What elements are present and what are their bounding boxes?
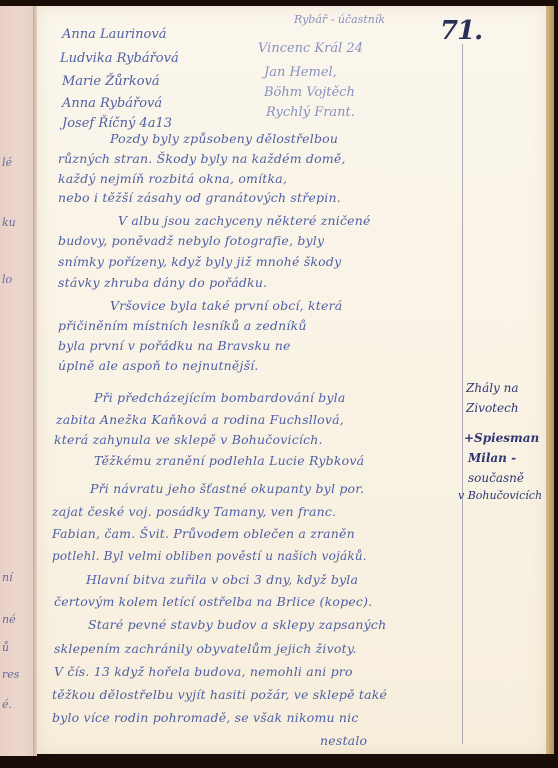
text-line: Hlavní bitva zuřila v obci 3 dny, když b…: [86, 574, 358, 587]
text-line: každý nejmíň rozbitá okna, omítka,: [58, 173, 287, 186]
signature: Anna Rybářová: [62, 97, 162, 110]
signature: Rychlý Frant.: [266, 106, 355, 119]
margin-note: Zhály na: [466, 382, 519, 394]
text-line: zabita Anežka Kaňková a rodina Fuchsllov…: [56, 414, 344, 427]
signature: Anna Laurinová: [62, 28, 166, 41]
facing-page-fragment: lé: [2, 156, 12, 169]
text-line: těžkou dělostřelbu vyjít hasiti požár, v…: [52, 689, 387, 702]
text-line: stávky zhruba dány do pořádku.: [58, 277, 267, 290]
text-line: Při předcházejícím bombardování byla: [94, 392, 346, 405]
text-line: byla první v pořádku na Bravsku ne: [58, 340, 291, 353]
margin-rule: [462, 44, 463, 744]
text-line: budovy, poněvadž nebylo fotografie, byly: [58, 235, 324, 248]
text-line: snímky pořízeny, když byly již mnohé ško…: [58, 256, 341, 269]
page-edge: [546, 6, 554, 754]
facing-page-fragment: ku: [2, 216, 16, 229]
text-line: Při návratu jeho šťastné okupanty byl po…: [90, 483, 364, 496]
text-line: čertovým kolem letící ostřelba na Brlice…: [54, 596, 372, 609]
text-line: přičiněním místních lesníků a zedníků: [58, 320, 307, 333]
text-line: která zahynula ve sklepě v Bohučovicích.: [54, 434, 323, 447]
text-line: potlehl. Byl velmi obliben pověstí u naš…: [52, 550, 367, 562]
text-line: bylo více rodin pohromadě, se však nikom…: [52, 712, 359, 725]
facing-page-edge: lé ku lo ní né ů res é.: [0, 6, 36, 756]
signature: Vincenc Král 24: [258, 42, 363, 55]
margin-note: Zivotech: [466, 402, 519, 414]
text-line: Staré pevné stavby budov a sklepy zapsan…: [88, 619, 386, 632]
margin-note: +Spiesman: [464, 432, 539, 444]
text-line: úplně ale aspoň to nejnutnější.: [58, 360, 259, 373]
facing-page-fragment: né: [2, 613, 16, 626]
signature: Rybář - účastník: [294, 14, 385, 25]
margin-note: v Bohučovicích: [458, 490, 542, 501]
text-line: sklepením zachránily obyvatelům jejich ž…: [54, 643, 357, 656]
text-line: nestalo: [320, 735, 367, 748]
signature: Böhm Vojtěch: [264, 86, 355, 99]
text-line: Pozdy byly způsobeny dělostřelbou: [110, 133, 338, 146]
margin-note: současně: [468, 472, 524, 484]
text-line: zajat české voj. posádky Tamany, ven fra…: [52, 506, 336, 519]
text-line: nebo i těžší zásahy od granátových střep…: [58, 192, 341, 205]
scanned-document: lé ku lo ní né ů res é. 71. Anna Laurino…: [0, 0, 558, 768]
text-line: V čís. 13 když hořela budova, nemohli an…: [54, 666, 353, 679]
text-line: různých stran. Škody byly na každém domě…: [58, 153, 346, 166]
signature: Jan Hemel,: [264, 66, 337, 79]
margin-note: Milan -: [468, 452, 516, 464]
facing-page-fragment: ů: [2, 641, 9, 654]
text-line: Vršovice byla také první obcí, která: [110, 300, 342, 313]
signature: Josef Říčný 4a13: [62, 117, 172, 130]
page-number: 71.: [440, 16, 482, 46]
text-line: V albu jsou zachyceny některé zničené: [118, 215, 371, 228]
facing-page-fragment: ní: [2, 571, 13, 584]
facing-page-fragment: é.: [2, 698, 12, 711]
facing-page-fragment: lo: [2, 273, 12, 286]
facing-page-fragment: res: [2, 668, 19, 681]
signature: Marie Žůrková: [62, 75, 160, 88]
text-line: Těžkému zranění podlehla Lucie Rybková: [94, 455, 364, 468]
text-line: Fabian, čam. Švit. Průvodem oblečen a zr…: [52, 528, 355, 541]
signature: Ludvika Rybářová: [60, 52, 179, 65]
